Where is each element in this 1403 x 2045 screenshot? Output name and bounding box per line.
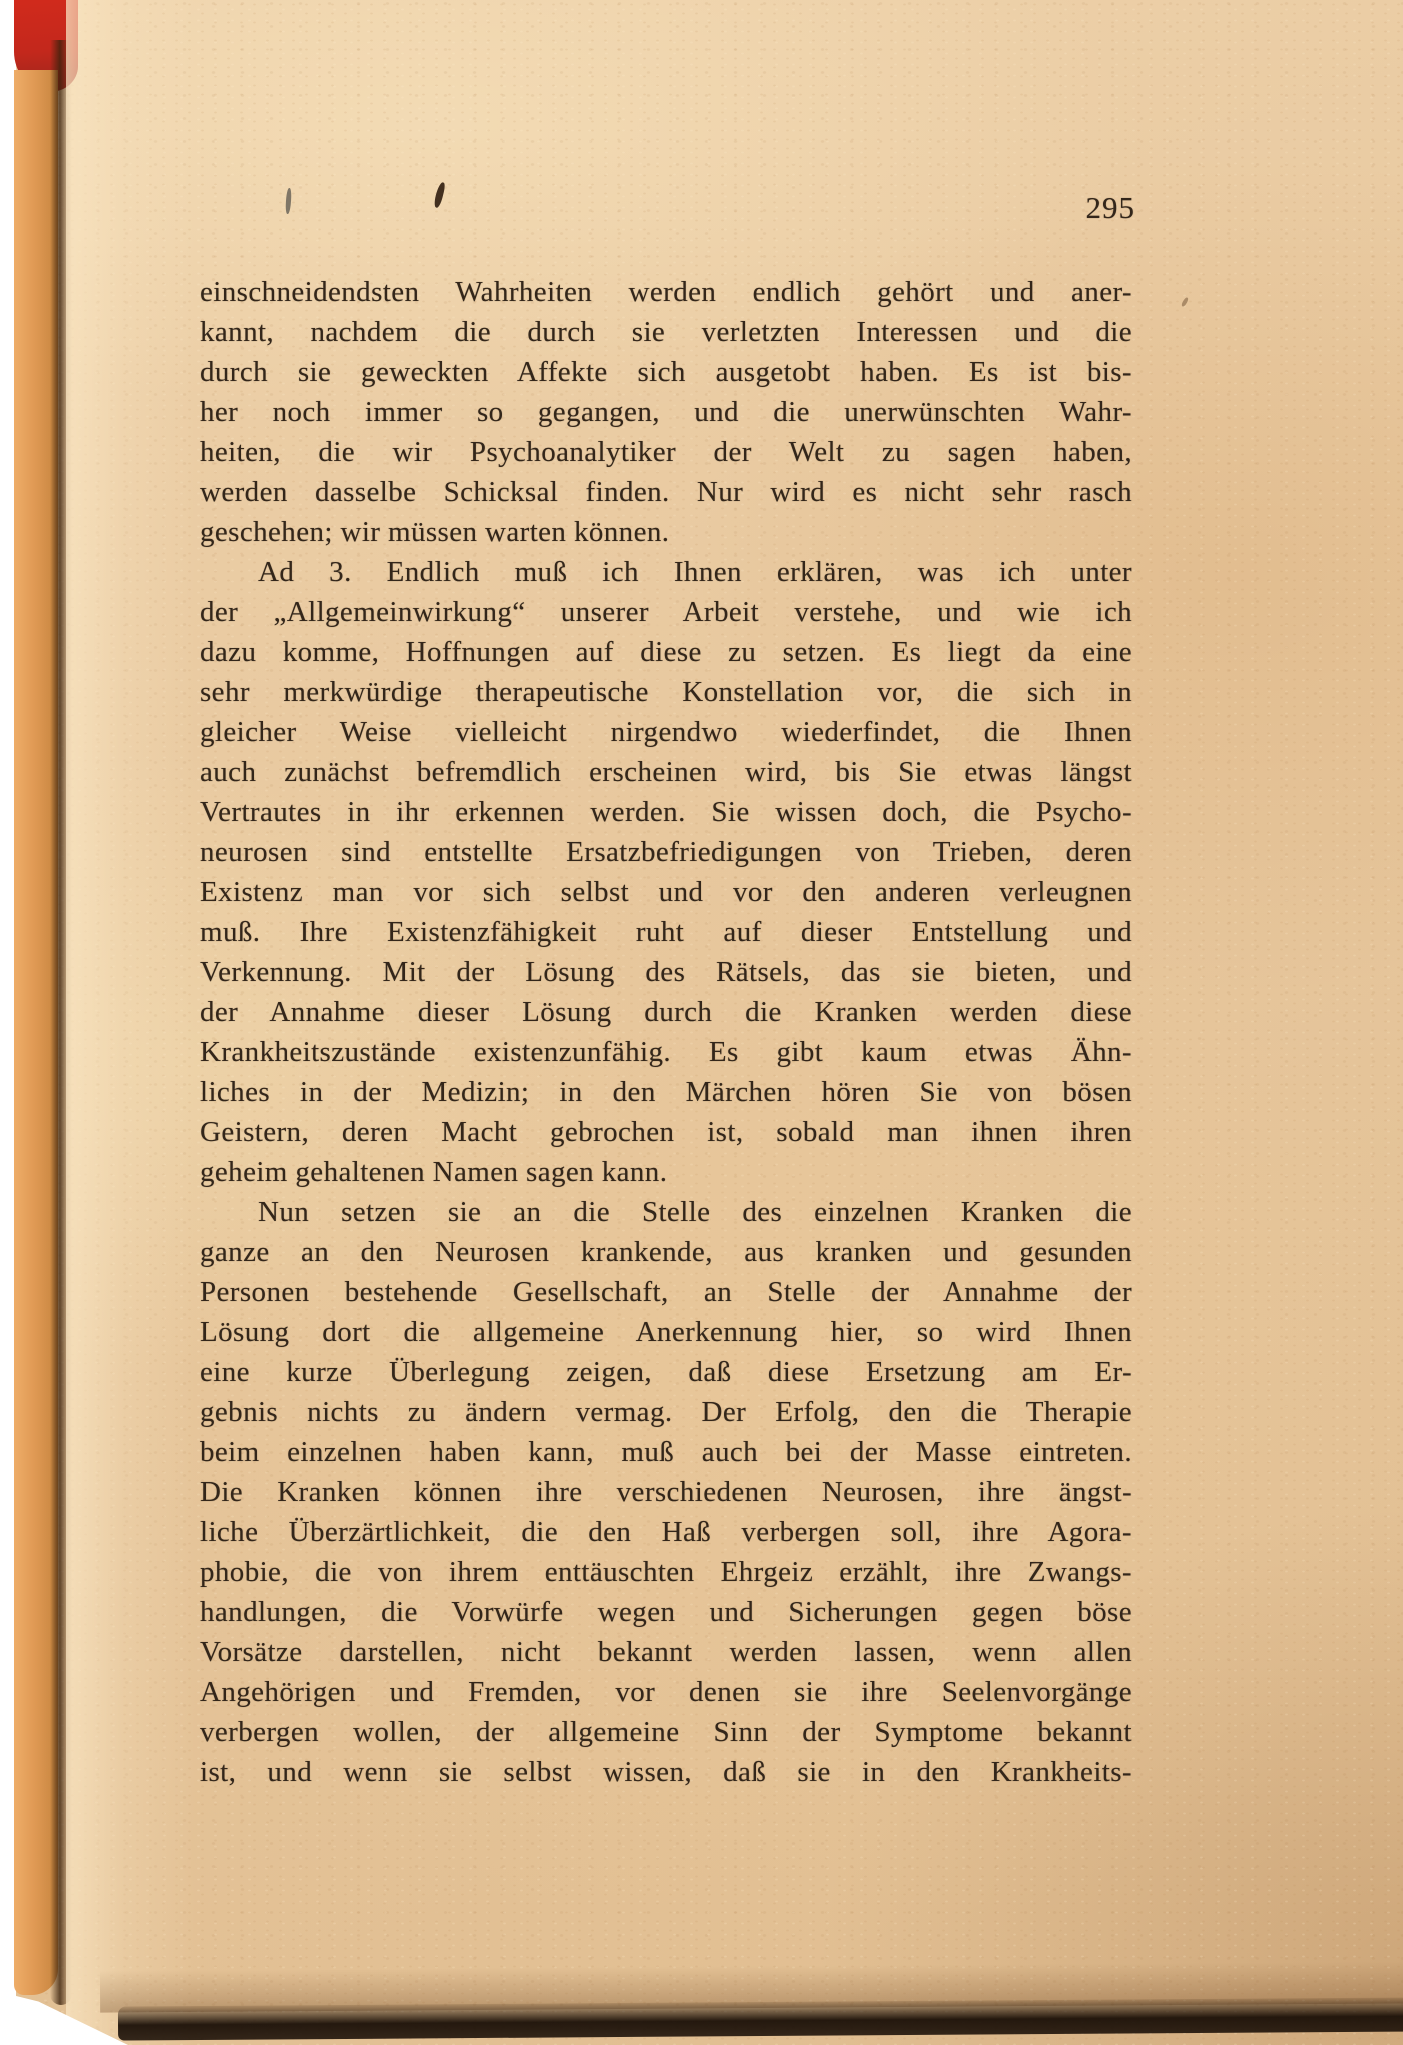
text-line: Die Kranken können ihre verschiedenen Ne…: [200, 1472, 1132, 1512]
text-line: liche Überzärtlichkeit, die den Haß verb…: [200, 1512, 1132, 1552]
text-line: Geistern, deren Macht gebrochen ist, sob…: [200, 1112, 1132, 1152]
text-line: Lösung dort die allgemeine Anerkennung h…: [200, 1312, 1132, 1352]
text-line: verbergen wollen, der allgemeine Sinn de…: [200, 1712, 1132, 1752]
text-line: werden dasselbe Schicksal finden. Nur wi…: [200, 472, 1132, 512]
text-line: neurosen sind entstellte Ersatzbefriedig…: [200, 832, 1132, 872]
text-line: ist, und wenn sie selbst wissen, daß sie…: [200, 1752, 1132, 1792]
text-line: Angehörigen und Fremden, vor denen sie i…: [200, 1672, 1132, 1712]
text-line: muß. Ihre Existenzfähigkeit ruht auf die…: [200, 912, 1132, 952]
text-line: Personen bestehende Gesellschaft, an Ste…: [200, 1272, 1132, 1312]
text-line: her noch immer so gegangen, und die uner…: [200, 392, 1132, 432]
text-line: eine kurze Überlegung zeigen, daß diese …: [200, 1352, 1132, 1392]
text-line: geheim gehaltenen Namen sagen kann.: [200, 1152, 1132, 1192]
text-line: Vertrautes in ihr erkennen werden. Sie w…: [200, 792, 1132, 832]
binding-shadow: [50, 40, 72, 2005]
text-line: kannt, nachdem die durch sie verletzten …: [200, 312, 1132, 352]
text-line: durch sie geweckten Affekte sich ausgeto…: [200, 352, 1132, 392]
text-line: ganze an den Neurosen krankende, aus kra…: [200, 1232, 1132, 1272]
text-line: handlungen, die Vorwürfe wegen und Siche…: [200, 1592, 1132, 1632]
text-line: liches in der Medizin; in den Märchen hö…: [200, 1072, 1132, 1112]
text-line: Ad 3. Endlich muß ich Ihnen erklären, wa…: [200, 552, 1132, 592]
text-line: heiten, die wir Psychoanalytiker der Wel…: [200, 432, 1132, 472]
text-line: dazu komme, Hoffnungen auf diese zu setz…: [200, 632, 1132, 672]
text-block: einschneidendsten Wahrheiten werden endl…: [200, 272, 1132, 1792]
text-line: gleicher Weise vielleicht nirgendwo wied…: [200, 712, 1132, 752]
text-line: geschehen; wir müssen warten können.: [200, 512, 1132, 552]
text-line: Krankheitszustände existenzunfähig. Es g…: [200, 1032, 1132, 1072]
text-line: Verkennung. Mit der Lösung des Rätsels, …: [200, 952, 1132, 992]
text-line: Nun setzen sie an die Stelle des einzeln…: [200, 1192, 1132, 1232]
text-line: auch zunächst befremdlich erscheinen wir…: [200, 752, 1132, 792]
page-number: 295: [1000, 190, 1135, 226]
text-line: beim einzelnen haben kann, muß auch bei …: [200, 1432, 1132, 1472]
text-line: Vorsätze darstellen, nicht bekannt werde…: [200, 1632, 1132, 1672]
text-line: einschneidendsten Wahrheiten werden endl…: [200, 272, 1132, 312]
text-line: gebnis nichts zu ändern vermag. Der Erfo…: [200, 1392, 1132, 1432]
text-line: der Annahme dieser Lösung durch die Kran…: [200, 992, 1132, 1032]
text-line: sehr merkwürdige therapeutische Konstell…: [200, 672, 1132, 712]
text-line: Existenz man vor sich selbst und vor den…: [200, 872, 1132, 912]
text-line: phobie, die von ihrem enttäuschten Ehrge…: [200, 1552, 1132, 1592]
text-line: der „Allgemeinwirkung“ unserer Arbeit ve…: [200, 592, 1132, 632]
